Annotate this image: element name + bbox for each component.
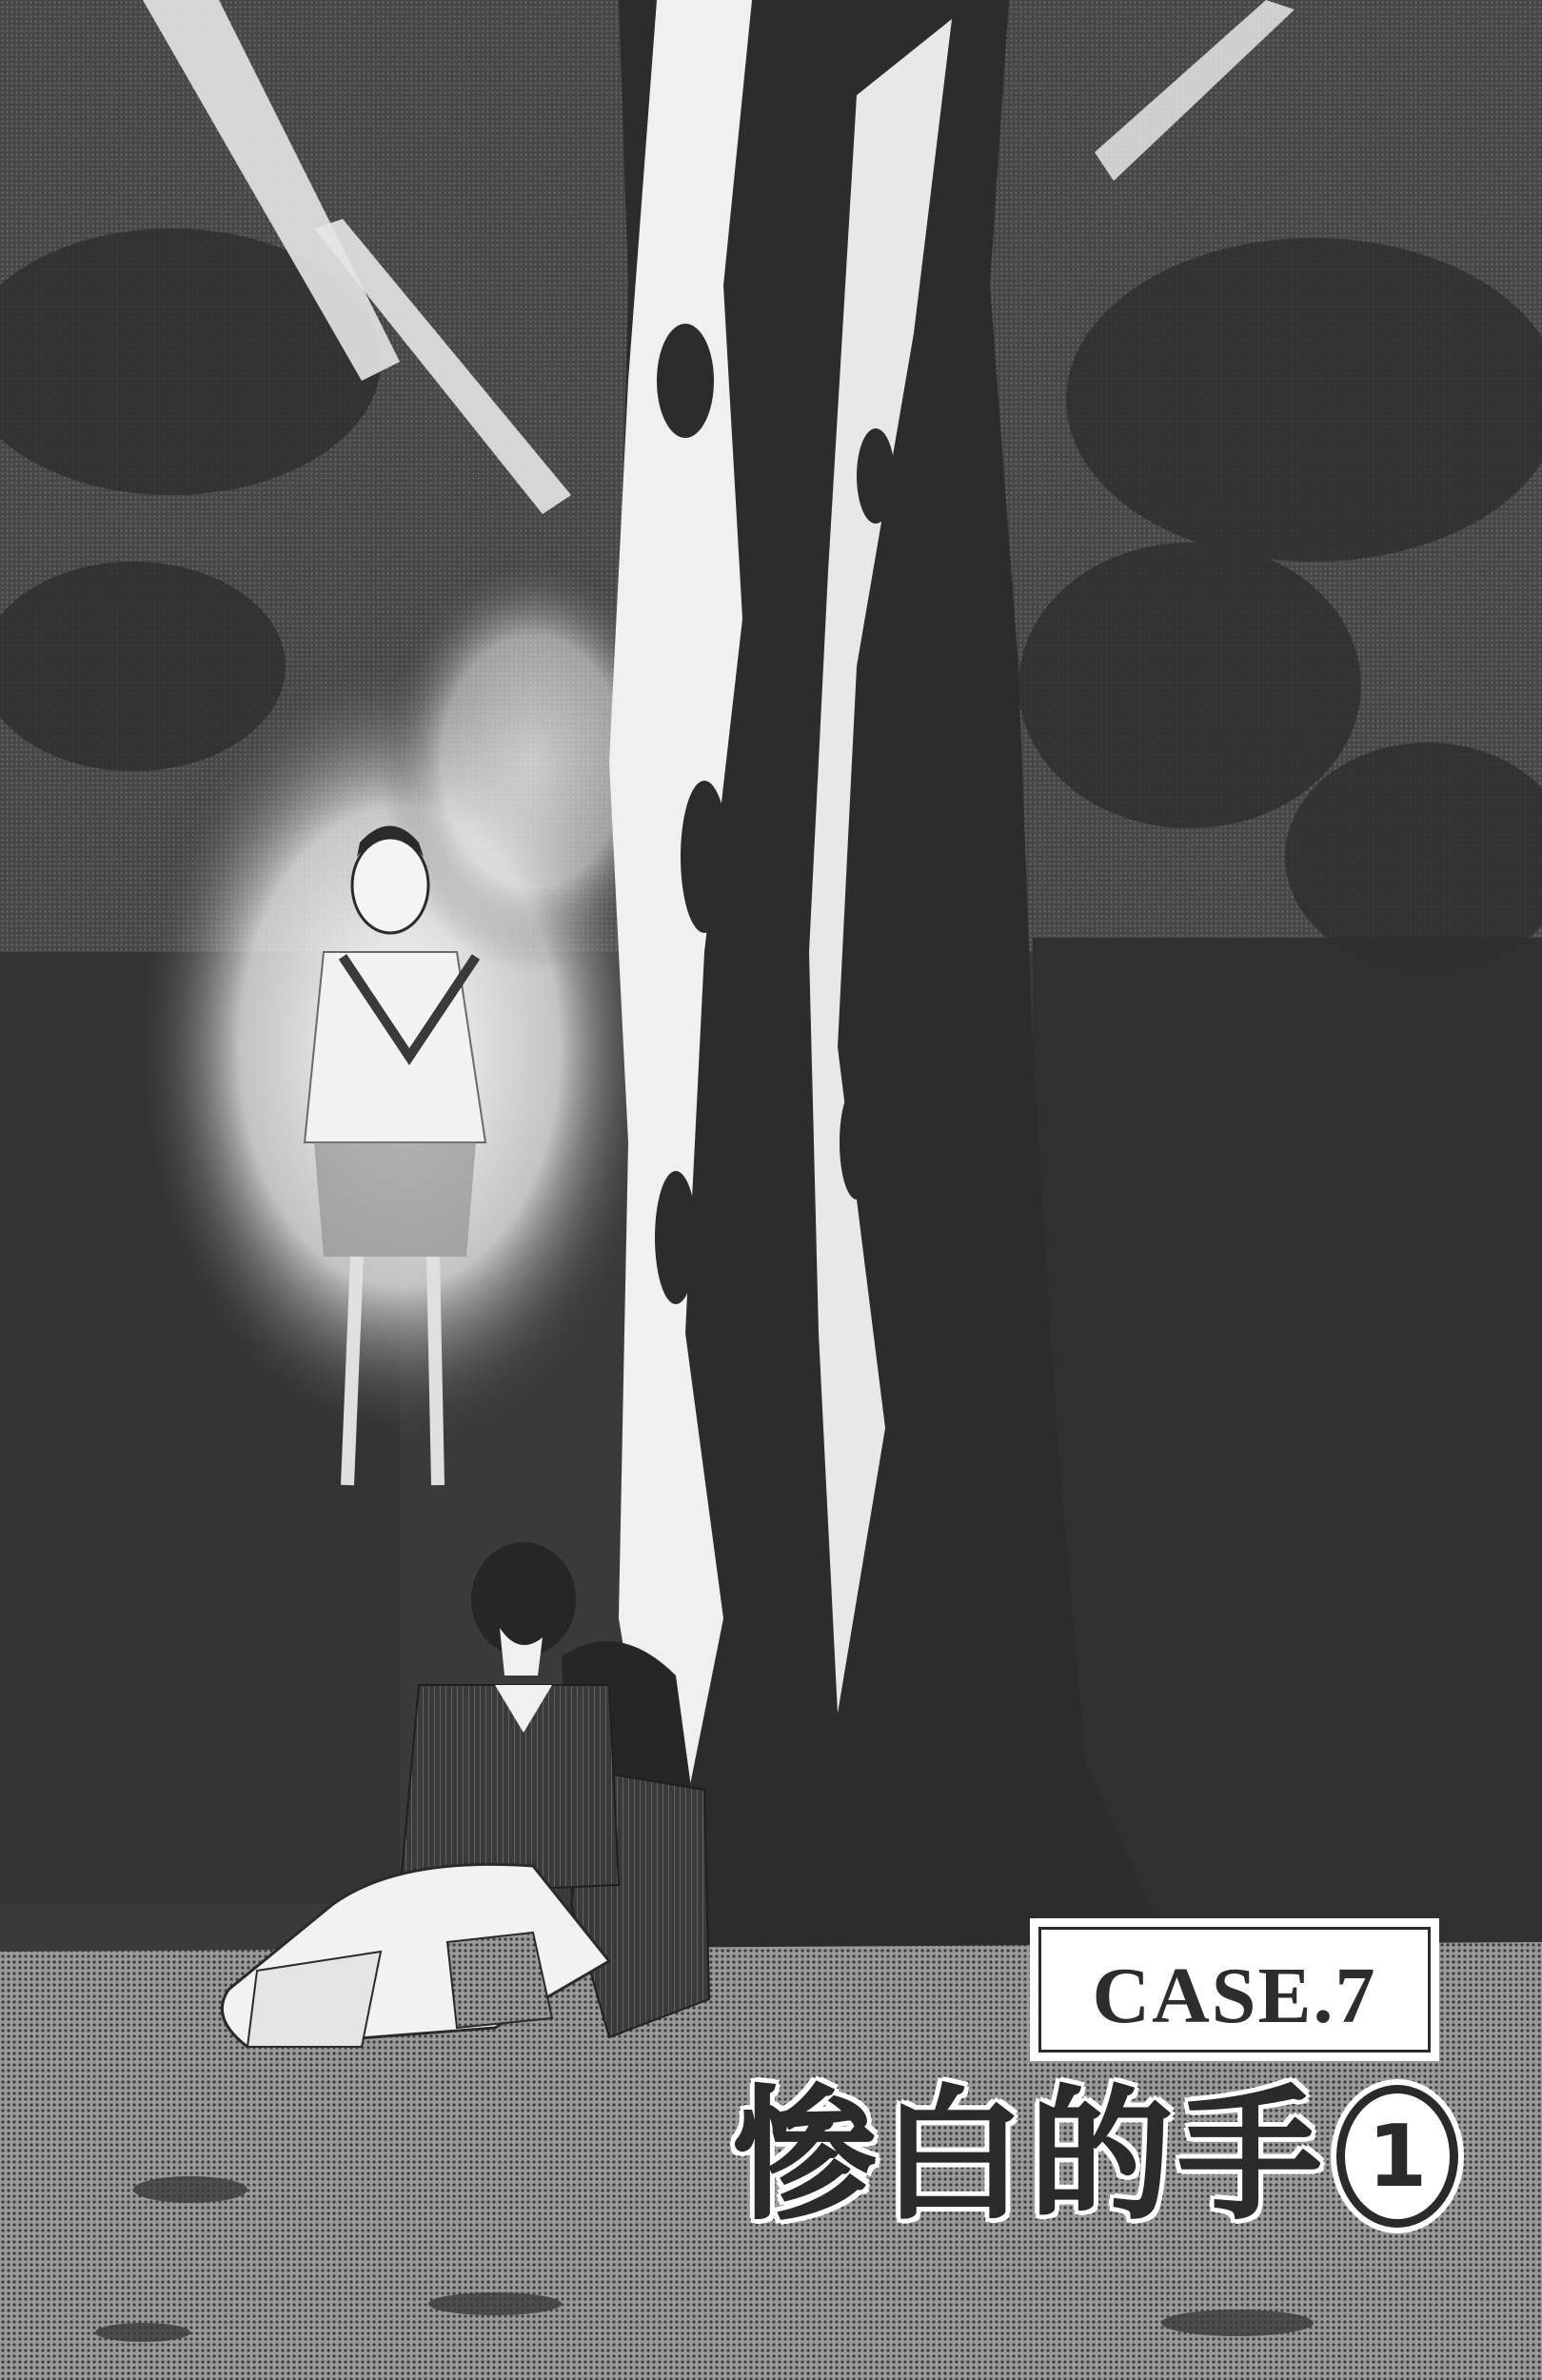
case-number-box: CASE.7 bbox=[1030, 1918, 1439, 2061]
chapter-title-text: 惨白的手 bbox=[733, 2085, 1327, 2228]
chapter-number-badge: 1 bbox=[1336, 2085, 1458, 2228]
chapter-title: 惨白的手 1 bbox=[733, 2085, 1458, 2228]
manga-title-page: CASE.7 惨白的手 1 bbox=[0, 0, 1542, 2380]
case-label: CASE.7 bbox=[1092, 1956, 1376, 2036]
